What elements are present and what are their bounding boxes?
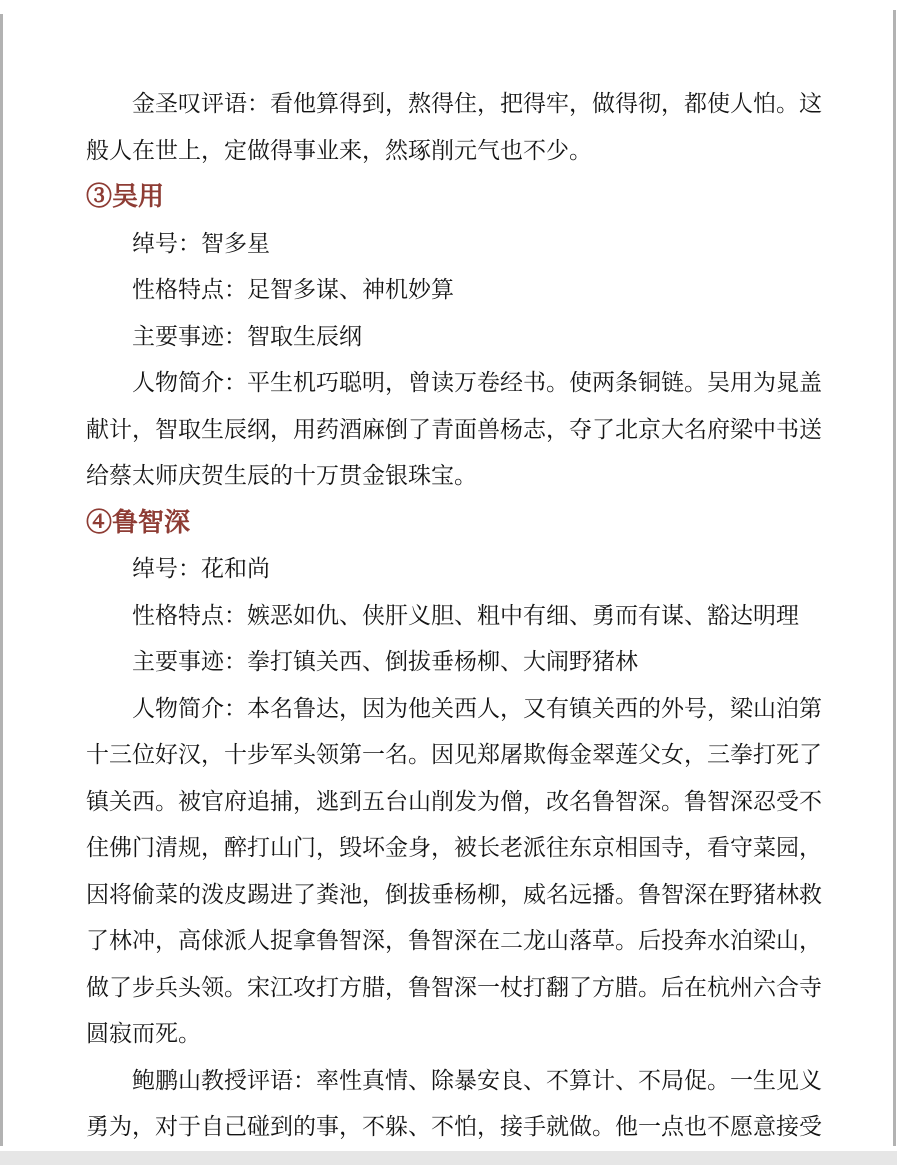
field-personality-wu-yong[interactable]: 性格特点：足智多谋、神机妙算: [86, 267, 824, 314]
page-right-edge: [893, 10, 896, 1146]
paragraph-jin-shengtan-comment[interactable]: 金圣叹评语：看他算得到，熬得住，把得牢，做得彻，都使人怕。这般人在世上，定做得事…: [86, 81, 824, 174]
document-body[interactable]: 金圣叹评语：看他算得到，熬得住，把得牢，做得彻，都使人怕。这般人在世上，定做得事…: [86, 0, 824, 1151]
field-main-deeds-lu-zhishen[interactable]: 主要事迹：拳打镇关西、倒拔垂杨柳、大闹野猪林: [86, 639, 824, 686]
page-bottom-gap: [0, 1151, 897, 1165]
page-left-edge: [0, 14, 3, 1146]
field-personality-lu-zhishen[interactable]: 性格特点：嫉恶如仇、侠肝义胆、粗中有细、勇而有谋、豁达明理: [86, 593, 824, 640]
heading-lu-zhishen[interactable]: ④鲁智深: [86, 500, 824, 547]
paragraph-profile-lu-zhishen[interactable]: 人物简介：本名鲁达，因为他关西人，又有镇关西的外号，梁山泊第十三位好汉，十步军头…: [86, 686, 824, 1058]
heading-wu-yong[interactable]: ③吴用: [86, 174, 824, 221]
field-nickname-wu-yong[interactable]: 绰号：智多星: [86, 221, 824, 268]
paragraph-profile-wu-yong[interactable]: 人物简介：平生机巧聪明，曾读万卷经书。使两条铜链。吴用为晁盖献计，智取生辰纲，用…: [86, 360, 824, 500]
field-main-deeds-wu-yong[interactable]: 主要事迹：智取生辰纲: [86, 314, 824, 361]
paragraph-bao-pengshan-comment[interactable]: 鲍鹏山教授评语：率性真情、除暴安良、不算计、不局促。一生见义勇为，对于自己碰到的…: [86, 1058, 824, 1151]
field-nickname-lu-zhishen[interactable]: 绰号：花和尚: [86, 546, 824, 593]
